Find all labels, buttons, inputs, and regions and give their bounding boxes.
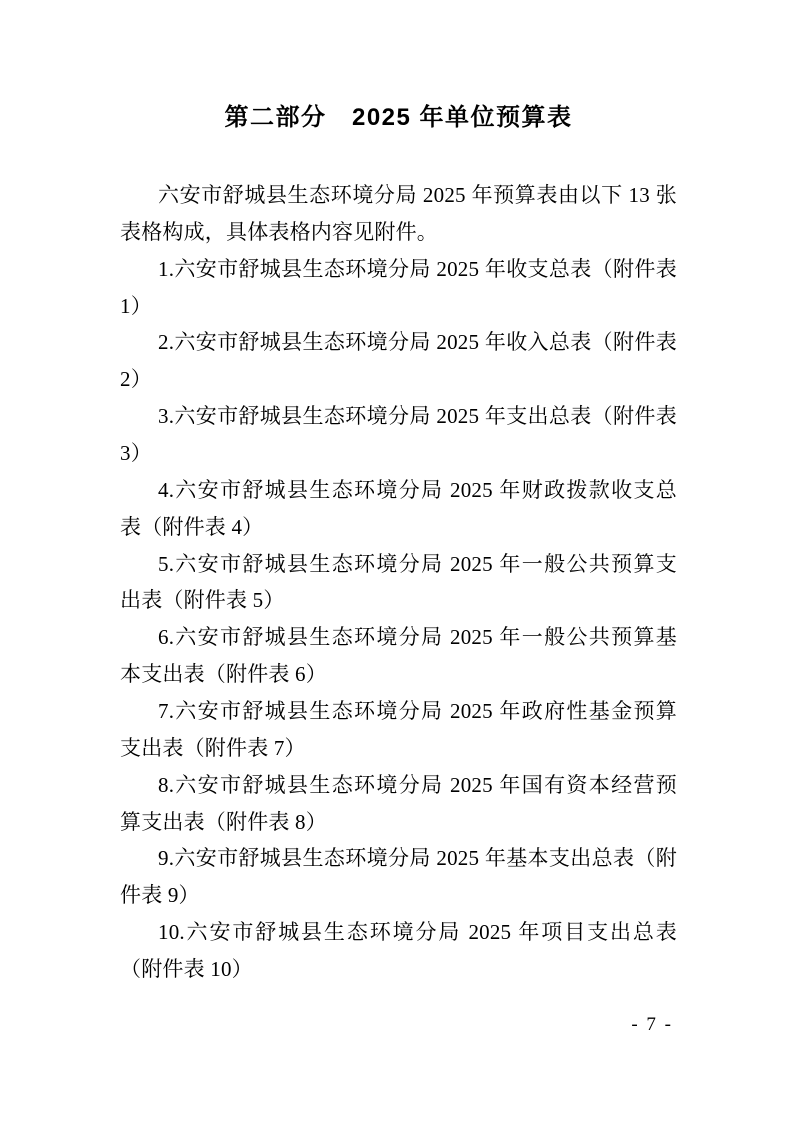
table-item-9-line: 9.六安市舒城县生态环境分局 2025 年基本支出总表（附: [120, 840, 677, 877]
table-item-8-line: 8.六安市舒城县生态环境分局 2025 年国有资本经营预: [120, 767, 677, 804]
table-item-6-line: 本支出表（附件表 6）: [120, 656, 677, 693]
table-item-3-line: 3.六安市舒城县生态环境分局 2025 年支出总表（附件表: [120, 398, 677, 435]
table-item-5-line: 出表（附件表 5）: [120, 582, 677, 619]
table-item-10-line: 10.六安市舒城县生态环境分局 2025 年项目支出总表: [120, 914, 677, 951]
table-item-5-line: 5.六安市舒城县生态环境分局 2025 年一般公共预算支: [120, 546, 677, 583]
page-number: - 7 -: [120, 1012, 673, 1038]
table-item-7-line: 7.六安市舒城县生态环境分局 2025 年政府性基金预算: [120, 693, 677, 730]
table-item-1-line: 1）: [120, 288, 677, 325]
intro-paragraph-line: 六安市舒城县生态环境分局 2025 年预算表由以下 13 张: [120, 177, 677, 214]
document-page: 第二部分 2025 年单位预算表 六安市舒城县生态环境分局 2025 年预算表由…: [0, 0, 793, 1122]
intro-paragraph-line: 表格构成，具体表格内容见附件。: [120, 214, 677, 251]
table-item-8-line: 算支出表（附件表 8）: [120, 804, 677, 841]
table-item-1-line: 1.六安市舒城县生态环境分局 2025 年收支总表（附件表: [120, 251, 677, 288]
table-item-2-line: 2）: [120, 361, 677, 398]
section-title: 第二部分 2025 年单位预算表: [120, 100, 677, 136]
table-item-3-line: 3）: [120, 435, 677, 472]
table-item-7-line: 支出表（附件表 7）: [120, 730, 677, 767]
table-item-6-line: 6.六安市舒城县生态环境分局 2025 年一般公共预算基: [120, 619, 677, 656]
document-body: 六安市舒城县生态环境分局 2025 年预算表由以下 13 张表格构成，具体表格内…: [120, 177, 677, 988]
table-item-4-line: 4.六安市舒城县生态环境分局 2025 年财政拨款收支总: [120, 472, 677, 509]
table-item-4-line: 表（附件表 4）: [120, 509, 677, 546]
table-item-9-line: 件表 9）: [120, 877, 677, 914]
table-item-2-line: 2.六安市舒城县生态环境分局 2025 年收入总表（附件表: [120, 324, 677, 361]
table-item-10-line: （附件表 10）: [120, 951, 677, 988]
